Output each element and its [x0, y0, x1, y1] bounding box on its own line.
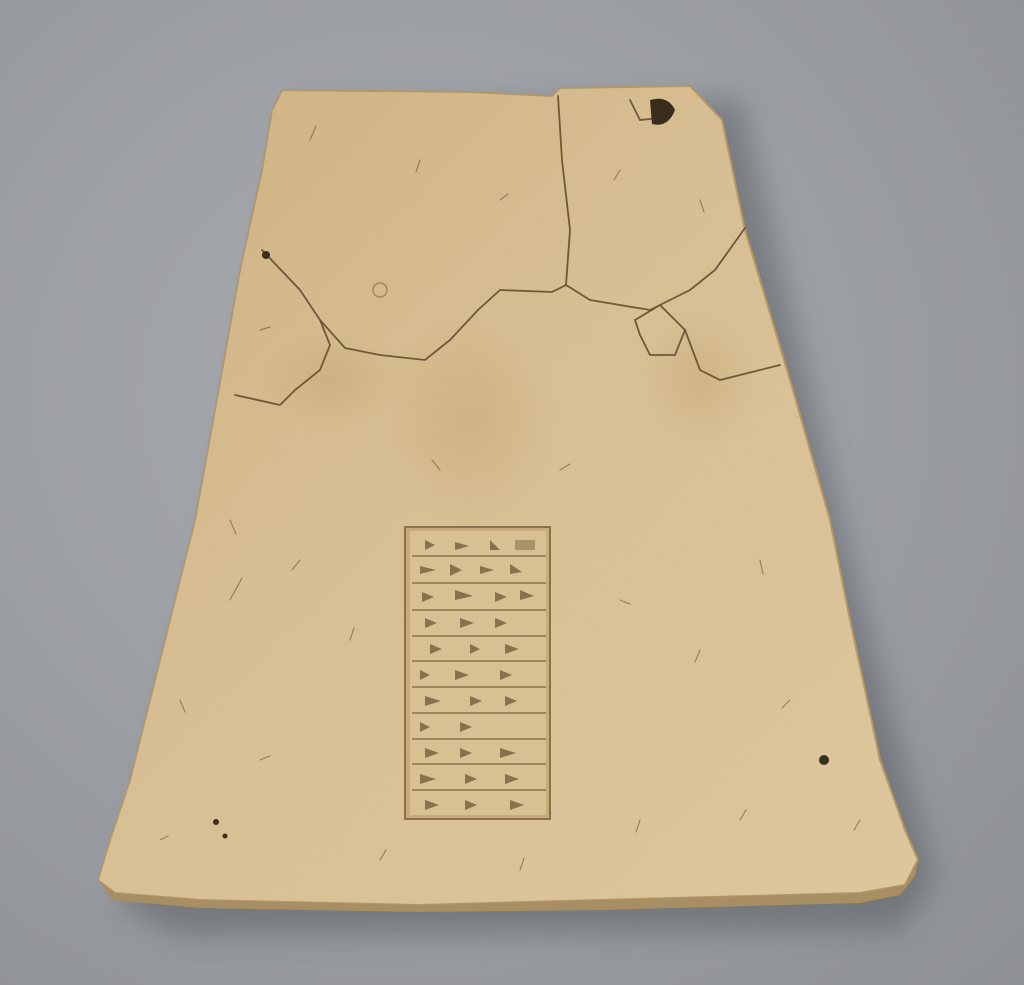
photo-scene	[0, 0, 1024, 985]
cuneiform-stamp	[405, 527, 550, 819]
brick-photo	[0, 0, 1024, 985]
